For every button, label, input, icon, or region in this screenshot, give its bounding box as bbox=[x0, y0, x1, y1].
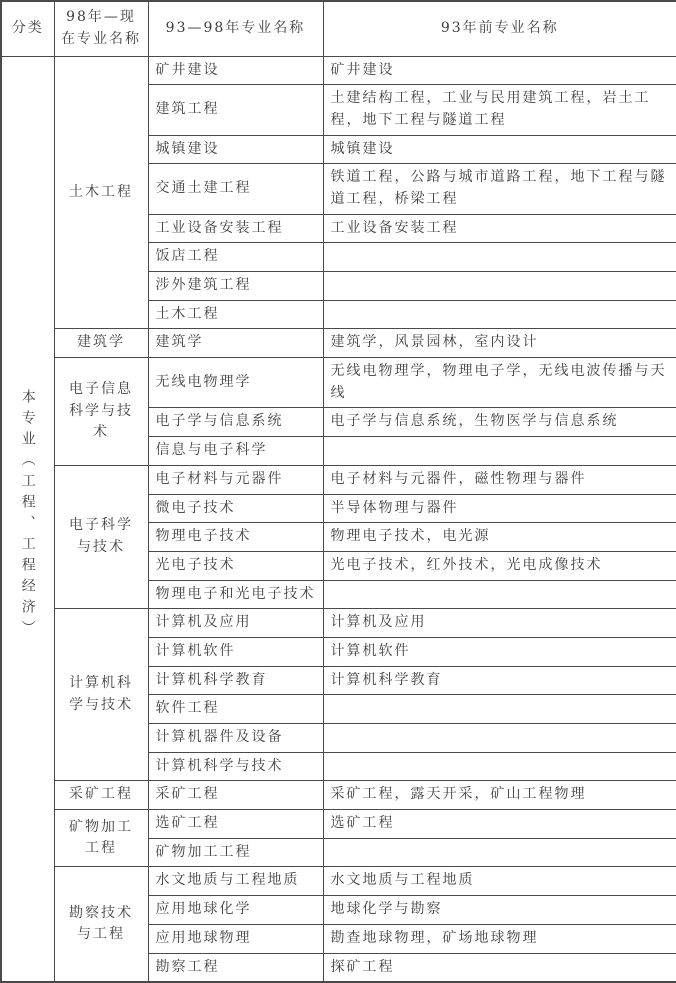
major-pre-93-cell: 地球化学与勘察 bbox=[323, 896, 676, 925]
major-93-98-cell: 计算机器件及设备 bbox=[148, 724, 323, 753]
major-pre-93-cell: 计算机科学教育 bbox=[323, 666, 676, 695]
header-era-93-98: 93—98年专业名称 bbox=[148, 1, 323, 56]
major-pre-93-cell: 水文地质与工程地质 bbox=[323, 867, 676, 896]
major-pre-93-cell: 城镇建设 bbox=[323, 135, 676, 164]
major-93-98-cell: 水文地质与工程地质 bbox=[148, 867, 323, 896]
major-93-98-cell: 建筑学 bbox=[148, 329, 323, 358]
major-93-98-cell: 光电子技术 bbox=[148, 551, 323, 580]
header-era-98-now: 98年—现在专业名称 bbox=[54, 1, 148, 56]
major-93-98-cell: 软件工程 bbox=[148, 695, 323, 724]
major-93-98-cell: 工业设备安装工程 bbox=[148, 214, 323, 243]
document-page: 分类 98年—现在专业名称 93—98年专业名称 93年前专业名称 本专业（工程… bbox=[0, 0, 676, 983]
major-98-now-cell: 采矿工程 bbox=[54, 781, 148, 810]
major-pre-93-cell: 物理电子技术，电光源 bbox=[323, 523, 676, 552]
header-era-pre-93: 93年前专业名称 bbox=[323, 1, 676, 56]
major-98-now-cell: 计算机科学与技术 bbox=[54, 609, 148, 781]
category-vertical-label: 本专业（工程、工程经济） bbox=[21, 389, 35, 641]
major-pre-93-cell bbox=[323, 272, 676, 301]
major-pre-93-cell bbox=[323, 300, 676, 329]
major-93-98-cell: 物理电子技术 bbox=[148, 523, 323, 552]
major-pre-93-cell: 采矿工程，露天开采，矿山工程物理 bbox=[323, 781, 676, 810]
major-98-now-cell: 土木工程 bbox=[54, 56, 148, 329]
major-98-now-cell: 电子科学与技术 bbox=[54, 465, 148, 608]
major-93-98-cell: 电子学与信息系统 bbox=[148, 408, 323, 437]
major-93-98-cell: 饭店工程 bbox=[148, 243, 323, 272]
major-93-98-cell: 计算机软件 bbox=[148, 637, 323, 666]
major-93-98-cell: 应用地球化学 bbox=[148, 896, 323, 925]
major-93-98-cell: 采矿工程 bbox=[148, 781, 323, 810]
major-pre-93-cell: 探矿工程 bbox=[323, 953, 676, 982]
major-93-98-cell: 交通土建工程 bbox=[148, 164, 323, 214]
major-pre-93-cell: 土建结构工程，工业与民用建筑工程，岩土工程，地下工程与隧道工程 bbox=[323, 85, 676, 135]
major-93-98-cell: 应用地球物理 bbox=[148, 924, 323, 953]
major-93-98-cell: 矿井建设 bbox=[148, 56, 323, 85]
major-pre-93-cell bbox=[323, 752, 676, 781]
table-row: 本专业（工程、工程经济）土木工程矿井建设矿井建设 bbox=[1, 56, 676, 85]
major-93-98-cell: 涉外建筑工程 bbox=[148, 272, 323, 301]
major-93-98-cell: 城镇建设 bbox=[148, 135, 323, 164]
major-pre-93-cell bbox=[323, 243, 676, 272]
major-pre-93-cell: 选矿工程 bbox=[323, 810, 676, 839]
major-mapping-table: 分类 98年—现在专业名称 93—98年专业名称 93年前专业名称 本专业（工程… bbox=[0, 0, 676, 983]
category-cell: 本专业（工程、工程经济） bbox=[1, 56, 54, 982]
major-pre-93-cell: 电子学与信息系统，生物医学与信息系统 bbox=[323, 408, 676, 437]
major-93-98-cell: 电子材料与元器件 bbox=[148, 465, 323, 494]
major-pre-93-cell bbox=[323, 838, 676, 867]
major-pre-93-cell: 计算机及应用 bbox=[323, 609, 676, 638]
major-93-98-cell: 计算机及应用 bbox=[148, 609, 323, 638]
major-pre-93-cell bbox=[323, 580, 676, 609]
major-pre-93-cell: 计算机软件 bbox=[323, 637, 676, 666]
major-93-98-cell: 选矿工程 bbox=[148, 810, 323, 839]
table-row: 采矿工程采矿工程采矿工程，露天开采，矿山工程物理 bbox=[1, 781, 676, 810]
table-body: 本专业（工程、工程经济）土木工程矿井建设矿井建设建筑工程土建结构工程，工业与民用… bbox=[1, 56, 676, 982]
major-93-98-cell: 物理电子和光电子技术 bbox=[148, 580, 323, 609]
major-pre-93-cell: 光电子技术，红外技术，光电成像技术 bbox=[323, 551, 676, 580]
major-93-98-cell: 微电子技术 bbox=[148, 494, 323, 523]
table-row: 矿物加工工程选矿工程选矿工程 bbox=[1, 810, 676, 839]
major-93-98-cell: 信息与电子科学 bbox=[148, 437, 323, 466]
major-pre-93-cell: 电子材料与元器件，磁性物理与器件 bbox=[323, 465, 676, 494]
table-row: 电子科学与技术电子材料与元器件电子材料与元器件，磁性物理与器件 bbox=[1, 465, 676, 494]
major-pre-93-cell: 矿井建设 bbox=[323, 56, 676, 85]
major-93-98-cell: 矿物加工工程 bbox=[148, 838, 323, 867]
major-pre-93-cell bbox=[323, 724, 676, 753]
major-pre-93-cell: 勘查地球物理，矿场地球物理 bbox=[323, 924, 676, 953]
major-pre-93-cell bbox=[323, 695, 676, 724]
major-98-now-cell: 勘察技术与工程 bbox=[54, 867, 148, 982]
major-pre-93-cell: 建筑学，风景园林，室内设计 bbox=[323, 329, 676, 358]
major-98-now-cell: 建筑学 bbox=[54, 329, 148, 358]
major-93-98-cell: 建筑工程 bbox=[148, 85, 323, 135]
header-category: 分类 bbox=[1, 1, 54, 56]
major-pre-93-cell: 无线电物理学，物理电子学，无线电波传播与天线 bbox=[323, 358, 676, 408]
table-row: 电子信息科学与技术无线电物理学无线电物理学，物理电子学，无线电波传播与天线 bbox=[1, 358, 676, 408]
major-pre-93-cell: 铁道工程，公路与城市道路工程，地下工程与隧道工程，桥梁工程 bbox=[323, 164, 676, 214]
major-98-now-cell: 电子信息科学与技术 bbox=[54, 358, 148, 466]
major-pre-93-cell: 半导体物理与器件 bbox=[323, 494, 676, 523]
header-row: 分类 98年—现在专业名称 93—98年专业名称 93年前专业名称 bbox=[1, 1, 676, 56]
table-row: 建筑学建筑学建筑学，风景园林，室内设计 bbox=[1, 329, 676, 358]
table-row: 计算机科学与技术计算机及应用计算机及应用 bbox=[1, 609, 676, 638]
major-pre-93-cell bbox=[323, 437, 676, 466]
table-row: 勘察技术与工程水文地质与工程地质水文地质与工程地质 bbox=[1, 867, 676, 896]
major-93-98-cell: 勘察工程 bbox=[148, 953, 323, 982]
major-93-98-cell: 无线电物理学 bbox=[148, 358, 323, 408]
major-93-98-cell: 土木工程 bbox=[148, 300, 323, 329]
major-pre-93-cell: 工业设备安装工程 bbox=[323, 214, 676, 243]
major-93-98-cell: 计算机科学与技术 bbox=[148, 752, 323, 781]
table-header: 分类 98年—现在专业名称 93—98年专业名称 93年前专业名称 bbox=[1, 1, 676, 56]
major-98-now-cell: 矿物加工工程 bbox=[54, 810, 148, 867]
major-93-98-cell: 计算机科学教育 bbox=[148, 666, 323, 695]
